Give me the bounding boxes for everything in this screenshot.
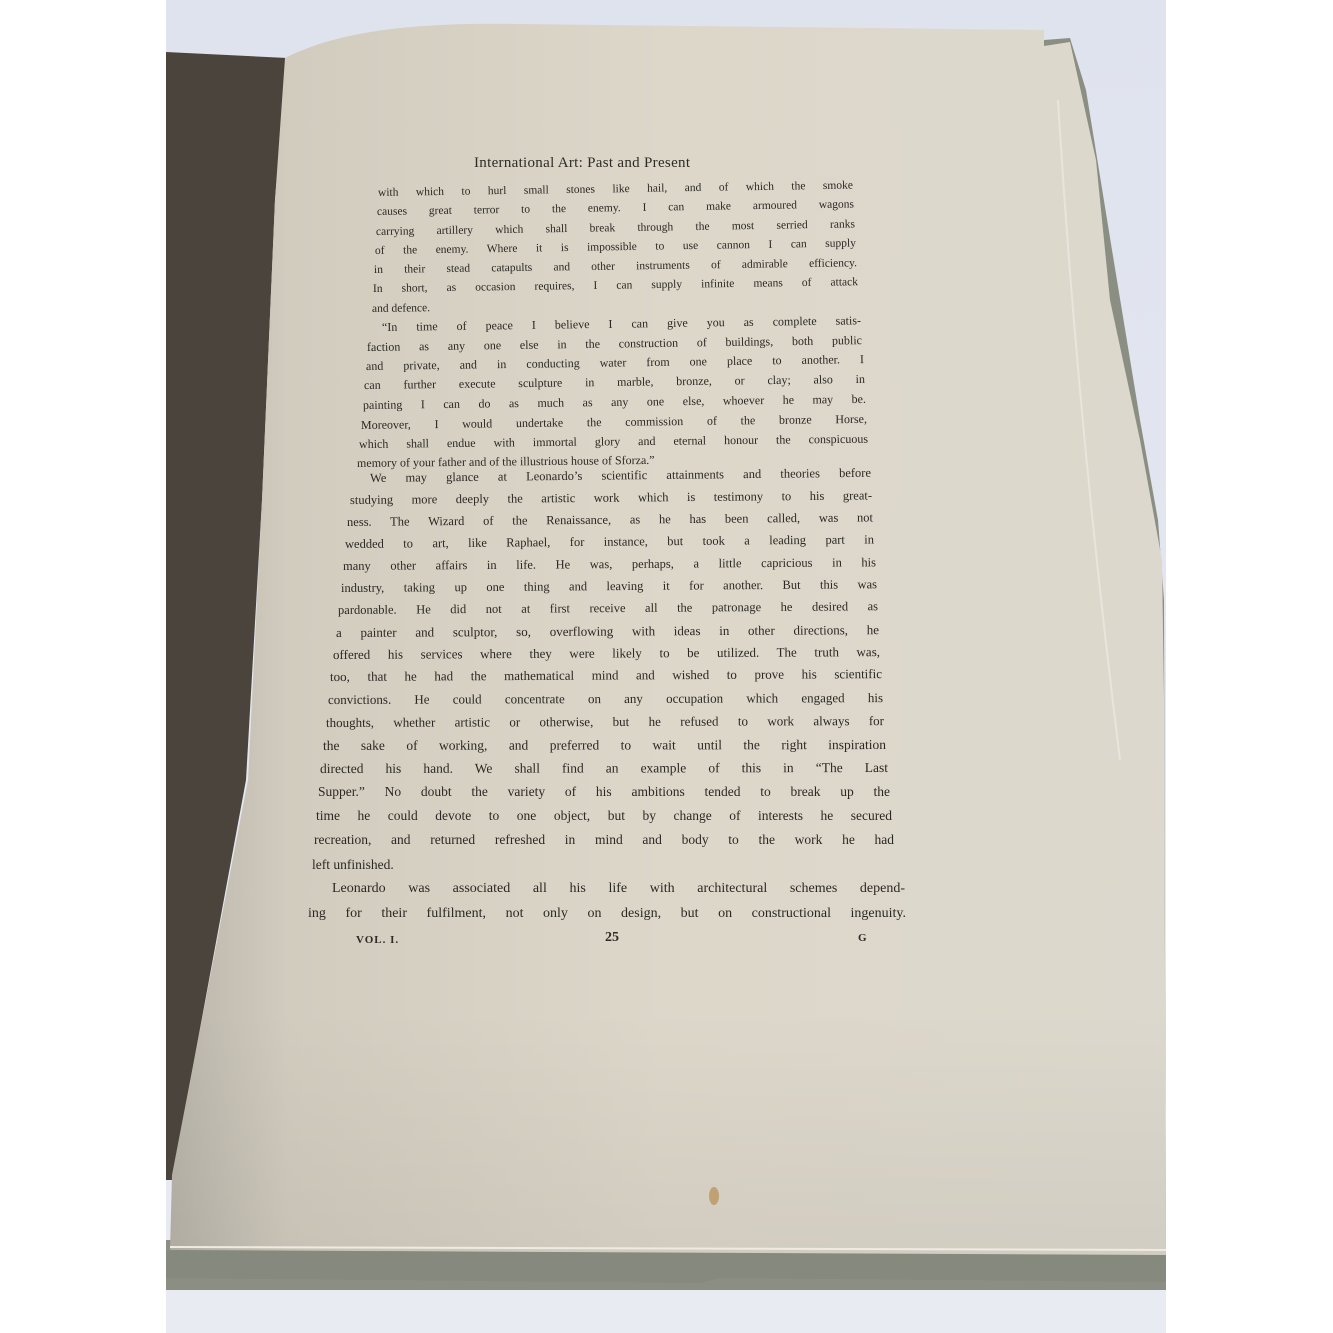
body-text-line: and defence.	[372, 302, 430, 315]
body-text-line: a painter and sculptor, so, overflowing …	[336, 622, 879, 641]
body-text-line: time he could devote to one object, but …	[316, 808, 892, 825]
body-text-line: offered his services where they were lik…	[333, 644, 880, 663]
photo-scene: International Art: Past and Present with…	[0, 0, 1333, 1333]
body-text-line: left unfinished.	[312, 857, 394, 873]
body-text-line: Supper.” No doubt the variety of his amb…	[318, 784, 890, 801]
footer-signature: G	[858, 932, 867, 944]
stain-spot	[709, 1187, 719, 1205]
running-head: International Art: Past and Present	[474, 155, 690, 172]
footer-page-number: 25	[605, 930, 619, 946]
footer-volume: VOL. I.	[356, 934, 399, 946]
body-text-line: too, that he had the mathematical mind a…	[330, 666, 882, 685]
body-text-line: thoughts, whether artistic or otherwise,…	[326, 713, 884, 731]
body-text-line: convictions. He could concentrate on any…	[328, 690, 883, 708]
body-text-line: ing for their fulfilment, not only on de…	[308, 906, 906, 924]
body-text-line: the sake of working, and preferred to wa…	[323, 737, 886, 755]
body-text-line: directed his hand. We shall find an exam…	[320, 760, 888, 778]
body-text-line: recreation, and returned refreshed in mi…	[314, 832, 894, 849]
body-text-line: Leonardo was associated all his life wit…	[332, 881, 905, 899]
